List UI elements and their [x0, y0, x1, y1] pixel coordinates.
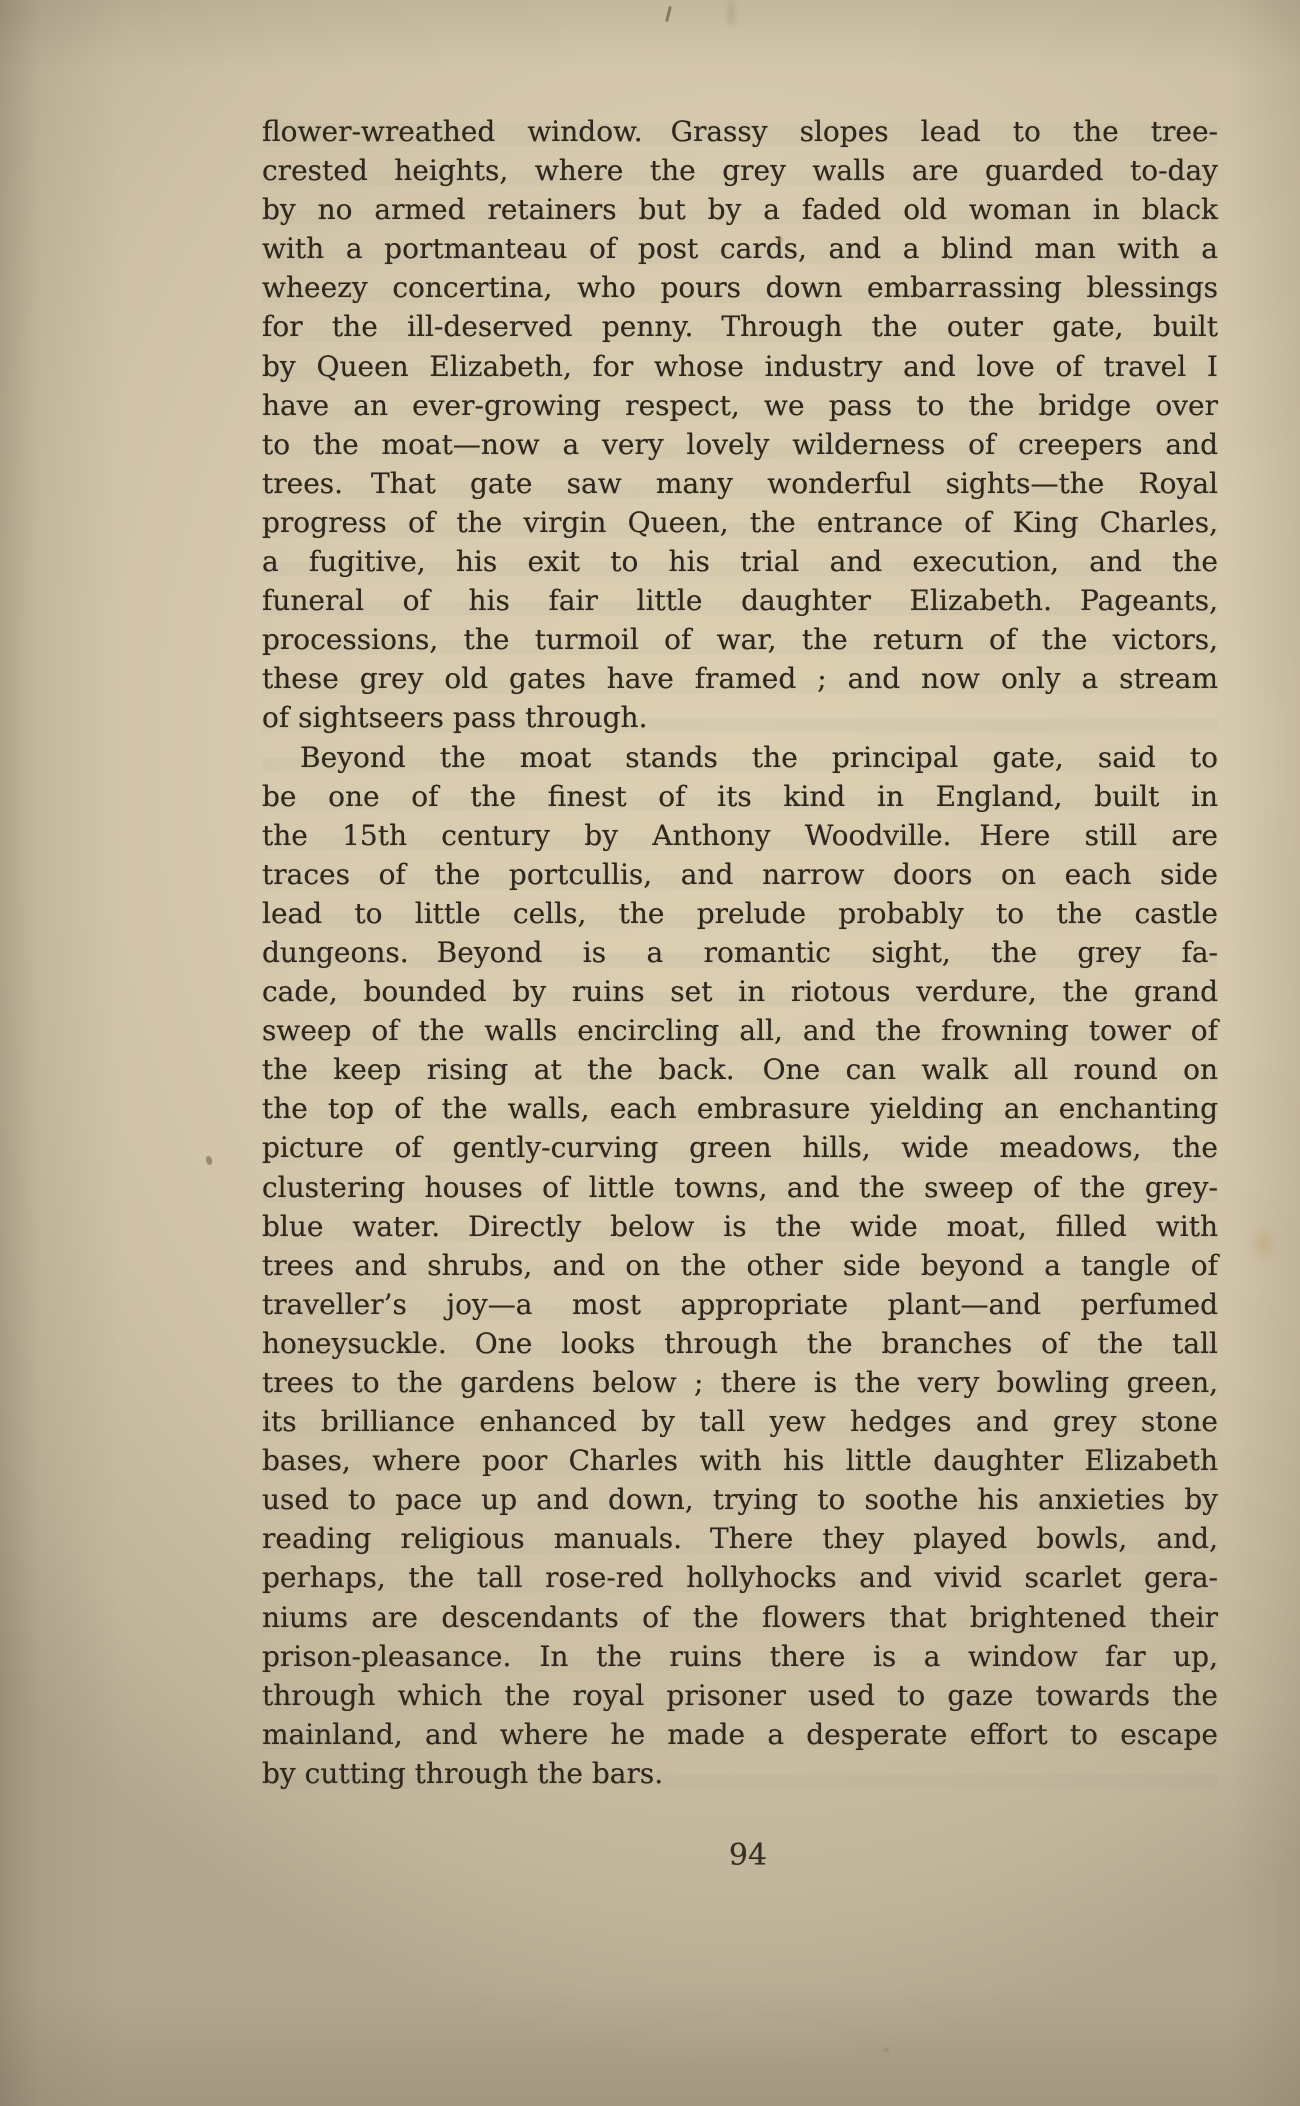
text-block: flower-wreathed window. Grassy slopes le…: [262, 112, 1218, 1793]
text-line: traces of the portcullis, and narrow doo…: [262, 855, 1218, 894]
text-line: have an ever-growing respect, we pass to…: [262, 386, 1218, 425]
text-line: lead to little cells, the prelude probab…: [262, 894, 1218, 933]
text-line: wheezy concertina, who pours down embarr…: [262, 268, 1218, 307]
text-line: mainland, and where he made a desperate …: [262, 1715, 1218, 1754]
text-line: used to pace up and down, trying to soot…: [262, 1480, 1218, 1519]
text-line: clustering houses of little towns, and t…: [262, 1168, 1218, 1207]
text-line: dungeons. Beyond is a romantic sight, th…: [262, 933, 1218, 972]
paper-speck: [884, 2048, 888, 2052]
text-line: by no armed retainers but by a faded old…: [262, 190, 1218, 229]
ink-speck: [665, 6, 672, 22]
text-line: by cutting through the bars.: [262, 1754, 1218, 1793]
text-line: honeysuckle. One looks through the branc…: [262, 1324, 1218, 1363]
text-line: blue water. Directly below is the wide m…: [262, 1207, 1218, 1246]
text-line: for the ill-deserved penny. Through the …: [262, 307, 1218, 346]
text-line: of sightseers pass through.: [262, 698, 1218, 737]
text-line: flower-wreathed window. Grassy slopes le…: [262, 112, 1218, 151]
text-line: traveller’s joy—a most appropriate plant…: [262, 1285, 1218, 1324]
page-number: 94: [712, 1838, 784, 1873]
text-line: these grey old gates have framed ; and n…: [262, 659, 1218, 698]
text-line: trees. That gate saw many wonderful sigh…: [262, 464, 1218, 503]
ink-speck: [204, 1155, 213, 1166]
text-line: bases, where poor Charles with his littl…: [262, 1441, 1218, 1480]
text-line: Beyond the moat stands the principal gat…: [262, 738, 1218, 777]
paper-smudge: [728, 0, 735, 26]
text-line: niums are descendants of the flowers tha…: [262, 1598, 1218, 1637]
text-line: perhaps, the tall rose-red hollyhocks an…: [262, 1558, 1218, 1597]
text-line: processions, the turmoil of war, the ret…: [262, 620, 1218, 659]
text-line: its brilliance enhanced by tall yew hedg…: [262, 1402, 1218, 1441]
text-line: reading religious manuals. There they pl…: [262, 1519, 1218, 1558]
text-line: cade, bounded by ruins set in riotous ve…: [262, 972, 1218, 1011]
text-line: by Queen Elizabeth, for whose industry a…: [262, 347, 1218, 386]
text-line: be one of the finest of its kind in Engl…: [262, 777, 1218, 816]
text-line: funeral of his fair little daughter Eliz…: [262, 581, 1218, 620]
text-line: picture of gently-curving green hills, w…: [262, 1128, 1218, 1167]
text-line: with a portmanteau of post cards, and a …: [262, 229, 1218, 268]
text-line: the top of the walls, each embrasure yie…: [262, 1089, 1218, 1128]
paper-stain: [1256, 1232, 1272, 1256]
text-line: prison-pleasance. In the ruins there is …: [262, 1637, 1218, 1676]
text-line: sweep of the walls encircling all, and t…: [262, 1011, 1218, 1050]
text-line: the keep rising at the back. One can wal…: [262, 1050, 1218, 1089]
text-line: through which the royal prisoner used to…: [262, 1676, 1218, 1715]
text-line: trees and shrubs, and on the other side …: [262, 1246, 1218, 1285]
text-line: a fugitive, his exit to his trial and ex…: [262, 542, 1218, 581]
text-line: crested heights, where the grey walls ar…: [262, 151, 1218, 190]
text-line: trees to the gardens below ; there is th…: [262, 1363, 1218, 1402]
book-page: flower-wreathed window. Grassy slopes le…: [0, 0, 1300, 2106]
text-line: progress of the virgin Queen, the entran…: [262, 503, 1218, 542]
text-line: the 15th century by Anthony Woodville. H…: [262, 816, 1218, 855]
text-line: to the moat—now a very lovely wilderness…: [262, 425, 1218, 464]
